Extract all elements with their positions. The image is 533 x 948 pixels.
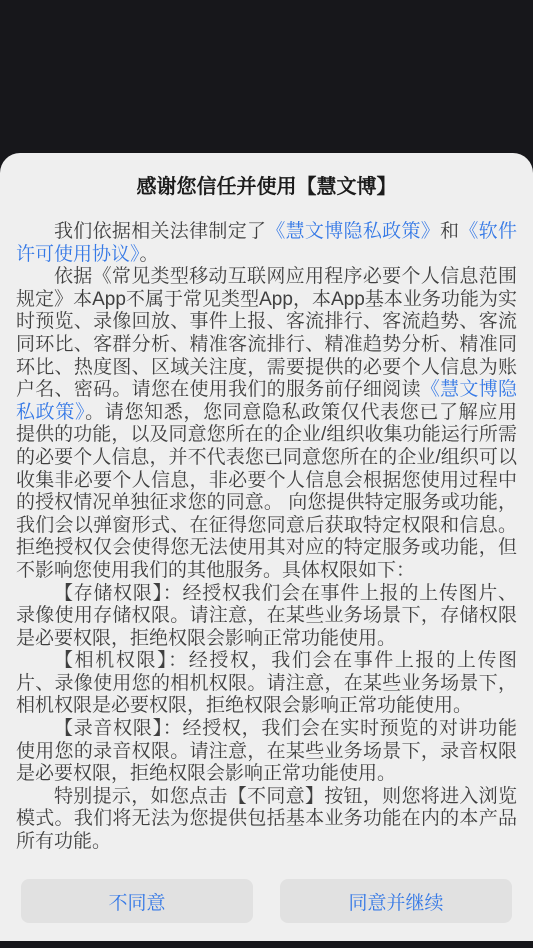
- policy-paragraph: 【存储权限】：经授权我们会在事件上报的上传图片、录像使用存储权限。请注意，在某些…: [16, 583, 517, 651]
- privacy-consent-dialog: 感谢您信任并使用【慧文博】 我们依据相关法律制定了《慧文博隐私政策》和《软件许可…: [0, 153, 533, 941]
- policy-paragraph: 我们依据相关法律制定了《慧文博隐私政策》和《软件许可使用协议》。: [16, 221, 517, 266]
- paragraph-text: 。请您知悉，您同意隐私政策仅代表您已了解应用提供的功能，以及同意您所在的企业/组…: [16, 402, 517, 581]
- paragraph-text: 【录音权限】：经授权，我们会在实时预览的对讲功能使用您的录音权限。请注意，在某些…: [16, 718, 517, 784]
- paragraph-text: 我们依据相关法律制定了: [54, 221, 266, 242]
- policy-text-body: 我们依据相关法律制定了《慧文博隐私政策》和《软件许可使用协议》。依据《常见类型移…: [16, 221, 517, 875]
- dialog-actions: 不同意 同意并继续: [21, 879, 512, 923]
- paragraph-text: 和: [440, 221, 459, 242]
- paragraph-text: 特别提示，如您点击【不同意】按钮，则您将进入浏览模式。我们将无法为您提供包括基本…: [16, 786, 517, 852]
- policy-paragraph: 特别提示，如您点击【不同意】按钮，则您将进入浏览模式。我们将无法为您提供包括基本…: [16, 786, 517, 854]
- paragraph-text: 【存储权限】：经授权我们会在事件上报的上传图片、录像使用存储权限。请注意，在某些…: [16, 583, 517, 649]
- dialog-title: 感谢您信任并使用【慧文博】: [16, 175, 517, 199]
- policy-paragraph: 【相机权限】：经授权，我们会在事件上报的上传图片、录像使用您的相机权限。请注意，…: [16, 650, 517, 718]
- disagree-button[interactable]: 不同意: [21, 879, 253, 923]
- paragraph-text: 【相机权限】：经授权，我们会在事件上报的上传图片、录像使用您的相机权限。请注意，…: [16, 650, 517, 716]
- agree-and-continue-button[interactable]: 同意并继续: [280, 879, 512, 923]
- policy-paragraph: 依据《常见类型移动互联网应用程序必要个人信息范围规定》本App不属于常见类型Ap…: [16, 266, 517, 582]
- paragraph-text: 。: [140, 244, 159, 265]
- privacy-policy-link[interactable]: 《慧文博隐私政策》: [266, 221, 440, 242]
- policy-paragraph: 【录音权限】：经授权，我们会在实时预览的对讲功能使用您的录音权限。请注意，在某些…: [16, 718, 517, 786]
